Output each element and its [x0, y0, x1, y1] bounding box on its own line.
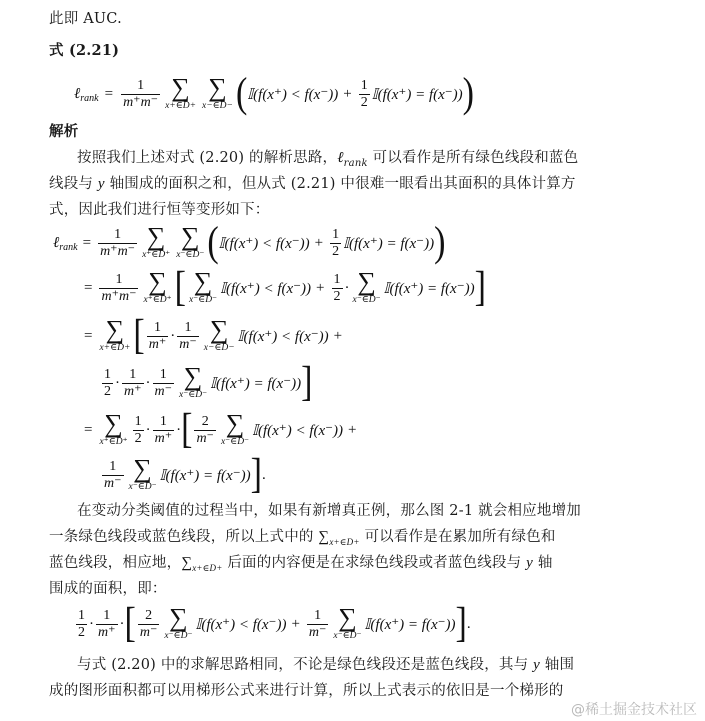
text-line-auc: 此即 AUC.	[49, 6, 122, 32]
dot-operator: ·	[89, 616, 94, 633]
numerator: 1	[330, 227, 341, 244]
text-span: 按照我们上述对式 (2.20) 的解析思路，	[77, 150, 337, 166]
denominator: m⁺	[153, 431, 175, 447]
sum-symbol: ∑	[318, 529, 329, 545]
fraction: 1m⁺m⁻	[98, 227, 137, 260]
sum-limit: x⁻∈D⁻	[179, 389, 207, 401]
sum-symbol: ∑	[181, 555, 192, 571]
sum-operator: ∑x⁺∈D⁺	[143, 270, 171, 306]
denominator: m⁺	[147, 337, 169, 353]
sum-limit: x⁻∈D⁻	[176, 249, 204, 261]
equation-heading-2-21: 式 (2.21)	[49, 38, 119, 64]
sum-limit: x−∈D−	[204, 342, 235, 354]
derivation-line-5: = ∑x⁺∈D⁺ 12 · 1m⁺ · [ 2m⁻ ∑x⁻∈D⁻ 𝕀(f(x⁺)…	[84, 407, 357, 453]
derivation-line-6: 1m⁻ ∑x⁻∈D⁻ 𝕀(f(x⁺) = f(x⁻)) ] .	[100, 452, 266, 498]
paragraph-1-line-2: 线段与 y 轴围成的面积之和，但从式 (2.21) 中很难一眼看出其面积的具体计…	[49, 171, 576, 197]
period: .	[467, 616, 471, 633]
numerator: 1	[99, 272, 138, 289]
text-span: 蓝色线段，相应地，	[49, 555, 181, 571]
var-y: y	[533, 657, 540, 673]
text-span: 可以看作是所有绿色线段和蓝色	[368, 150, 579, 166]
numerator: 2	[138, 608, 160, 625]
indicator-term-equal: 𝕀(f(x⁺) = f(x⁻))	[372, 85, 463, 104]
numerator: 1	[307, 608, 329, 625]
denominator: m⁻	[307, 625, 329, 641]
sum-limit: x⁻∈D⁻	[129, 481, 157, 493]
equation-area: 12 · 1m⁺ · [ 2m⁻ ∑x⁻∈D⁻ 𝕀(f(x⁺) < f(x⁻))…	[74, 600, 471, 648]
equals-sign: =	[84, 422, 92, 439]
sum-operator: ∑x⁻∈D⁻	[129, 457, 157, 493]
sum-operator: ∑x−∈D−	[204, 318, 235, 354]
fraction: 1m⁻	[153, 367, 175, 400]
denominator: m⁺m⁻	[98, 244, 137, 260]
denominator: 2	[76, 625, 87, 641]
text-span: 可以看作是在累加所有绿色和	[360, 529, 556, 545]
sum-limit: x⁻∈D⁻	[221, 436, 249, 448]
denominator: m⁻	[194, 431, 216, 447]
sum-limit: x+∈D+	[165, 100, 196, 112]
left-paren: (	[207, 222, 218, 265]
sum-operator: ∑x⁻∈D⁻	[164, 606, 192, 642]
sum-operator: ∑x⁺∈D⁺	[99, 412, 127, 448]
numerator: 1	[102, 367, 113, 384]
sum-operator: ∑x⁺∈D⁺	[142, 225, 170, 261]
numerator: 2	[194, 414, 216, 431]
sum-operator: ∑x+∈D+	[99, 318, 130, 354]
left-bracket: [	[125, 603, 136, 646]
sum-limit: x⁺∈D⁺	[99, 436, 127, 448]
paragraph-3-line-1: 与式 (2.20) 中的求解思路相同，不论是绿色线段还是蓝色线段，其与 y 轴围	[77, 652, 574, 678]
fraction-half: 12	[330, 227, 341, 260]
fraction-half: 12	[133, 414, 144, 447]
fraction: 1m⁻	[307, 608, 329, 641]
sum-limit: x⁻∈D⁻	[333, 630, 361, 642]
text-span: 轴围	[540, 657, 574, 673]
fraction: 2m⁻	[194, 414, 216, 447]
derivation-line-2: = 1m⁺m⁻ ∑x⁺∈D⁺ [ ∑x⁻∈D⁻ 𝕀(f(x⁺) < f(x⁻))…	[84, 265, 486, 311]
inline-sum: ∑x+∈D+	[181, 555, 222, 571]
numerator: 1	[102, 459, 124, 476]
text-span: 与式 (2.20) 中的求解思路相同，不论是绿色线段还是蓝色线段，其与	[77, 657, 533, 673]
text-span: 轴围成的面积之和，但从式 (2.21) 中很难一眼看出其面积的具体计算方	[105, 176, 576, 192]
numerator: 1	[96, 608, 118, 625]
fraction: 1m⁺	[153, 414, 175, 447]
numerator: 1	[153, 367, 175, 384]
left-bracket: [	[175, 267, 186, 310]
indicator-term-equal: 𝕀(f(x⁺) = f(x⁻))	[210, 374, 301, 393]
numerator: 1	[76, 608, 87, 625]
sum-operator: ∑x⁻∈D⁻	[176, 225, 204, 261]
denominator: 2	[133, 431, 144, 447]
var-y: y	[98, 176, 105, 192]
equals-sign: =	[84, 280, 92, 297]
plus-sign: +	[315, 235, 323, 252]
plus-sign: +	[316, 280, 324, 297]
denominator: 2	[359, 95, 370, 111]
numerator: 1	[153, 414, 175, 431]
ell-symbol: ℓ	[337, 150, 343, 166]
derivation-line-4: 12 · 1m⁺ · 1m⁻ ∑x⁻∈D⁻ 𝕀(f(x⁺) = f(x⁻)) ]	[100, 360, 312, 406]
paragraph-2-line-3: 蓝色线段，相应地，∑x+∈D+ 后面的内容便是在求绿色线段或者蓝色线段与 y 轴	[49, 550, 553, 577]
plus-sign: +	[334, 328, 342, 345]
sum-limit: x⁺∈D⁺	[142, 249, 170, 261]
equals-sign: =	[83, 235, 91, 252]
denominator: m⁻	[102, 476, 124, 492]
denominator: m⁺m⁻	[99, 289, 138, 305]
equals-sign: =	[84, 328, 92, 345]
indicator-term-equal: 𝕀(f(x⁺) = f(x⁻))	[384, 279, 475, 298]
right-paren: )	[463, 73, 474, 116]
numerator: 1	[121, 78, 160, 95]
derivation-line-1: ℓrank = 1m⁺m⁻ ∑x⁺∈D⁺ ∑x⁻∈D⁻ ( 𝕀(f(x⁺) < …	[53, 222, 445, 264]
fraction: 1m⁻	[102, 459, 124, 492]
inline-sum: ∑x+∈D+	[318, 529, 359, 545]
numerator: 1	[359, 78, 370, 95]
numerator: 1	[133, 414, 144, 431]
sum-operator: ∑x⁻∈D⁻	[221, 412, 249, 448]
numerator: 1	[177, 320, 199, 337]
fraction: 1m⁺	[147, 320, 169, 353]
fraction-half: 12	[76, 608, 87, 641]
fraction: 2m⁻	[138, 608, 160, 641]
paragraph-2-line-4: 围成的面积，即：	[49, 576, 167, 602]
sum-operator: ∑x⁻∈D⁻	[333, 606, 361, 642]
denominator: m⁺	[122, 384, 144, 400]
fraction-half: 12	[102, 367, 113, 400]
left-paren: (	[236, 73, 247, 116]
denominator: m⁺	[96, 625, 118, 641]
denominator: m⁻	[138, 625, 160, 641]
sum-limit: x⁻∈D⁻	[189, 294, 217, 306]
indicator-term-less: 𝕀(f(x⁺) < f(x⁻))	[252, 421, 343, 440]
subscript-rank: rank	[344, 158, 368, 169]
fraction-half: 12	[332, 272, 343, 305]
numerator: 1	[147, 320, 169, 337]
fraction: 1m⁺	[96, 608, 118, 641]
analysis-heading: 解析	[49, 119, 78, 145]
dot-operator: ·	[170, 328, 175, 345]
sum-operator: ∑x⁻∈D⁻	[353, 270, 381, 306]
numerator: 1	[122, 367, 144, 384]
indicator-term-less: 𝕀(f(x⁺) < f(x⁻))	[247, 85, 338, 104]
var-y: y	[526, 555, 533, 571]
right-paren: )	[434, 222, 445, 265]
text-span: 后面的内容便是在求绿色线段或者蓝色线段与	[223, 555, 527, 571]
paragraph-3-line-2: 成的图形面积都可以用梯形公式来进行计算，所以上式表示的依旧是一个梯形的	[49, 678, 564, 704]
denominator: 2	[332, 289, 343, 305]
paragraph-1-line-3: 式，因此我们进行恒等变形如下：	[49, 197, 270, 223]
paragraph-2-line-2: 一条绿色线段或蓝色线段，所以上式中的 ∑x+∈D+ 可以看作是在累加所有绿色和	[49, 524, 556, 551]
indicator-term-less: 𝕀(f(x⁺) < f(x⁻))	[238, 327, 329, 346]
sum-limit: x+∈D+	[99, 342, 130, 354]
indicator-term-less: 𝕀(f(x⁺) < f(x⁻))	[220, 279, 311, 298]
indicator-term-less: 𝕀(f(x⁺) < f(x⁻))	[195, 615, 286, 634]
right-bracket: ]	[301, 362, 312, 405]
dot-operator: ·	[146, 422, 151, 439]
sum-limit: x+∈D+	[329, 537, 359, 547]
plus-sign: +	[291, 616, 299, 633]
sum-limit: x⁻∈D⁻	[353, 294, 381, 306]
sum-operator: ∑x⁻∈D⁻	[189, 270, 217, 306]
dot-operator: ·	[146, 375, 151, 392]
paragraph-1-line-1: 按照我们上述对式 (2.20) 的解析思路，ℓrank 可以看作是所有绿色线段和…	[77, 145, 578, 173]
right-bracket: ]	[251, 454, 262, 497]
fraction: 1m⁺m⁻	[121, 78, 160, 111]
sum-operator: ∑x−∈D−	[202, 76, 233, 112]
indicator-term-equal: 𝕀(f(x⁺) = f(x⁻))	[365, 615, 456, 634]
indicator-term-equal: 𝕀(f(x⁺) = f(x⁻))	[160, 466, 251, 485]
equation-2-21: ℓrank = 1m⁺m⁻ ∑x+∈D+ ∑x−∈D− ( 𝕀(f(x⁺) < …	[74, 72, 474, 116]
numerator: 1	[98, 227, 137, 244]
sum-operator: ∑x⁻∈D⁻	[179, 365, 207, 401]
plus-sign: +	[348, 422, 356, 439]
sum-operator: ∑x+∈D+	[165, 76, 196, 112]
fraction: 1m⁺m⁻	[99, 272, 138, 305]
sum-limit: x−∈D−	[202, 100, 233, 112]
text-span: 线段与	[49, 176, 98, 192]
fraction: 1m⁻	[177, 320, 199, 353]
equals-sign: =	[105, 86, 113, 103]
watermark: @稀土掘金技术社区	[571, 699, 697, 719]
dot-operator: ·	[115, 375, 120, 392]
paragraph-2-line-1: 在变动分类阈值的过程当中，如果有新增真正例，那么图 2-1 就会相应地增加	[77, 498, 581, 524]
dot-operator: ·	[345, 280, 350, 297]
left-bracket: [	[181, 409, 192, 452]
sum-limit: x⁻∈D⁻	[164, 630, 192, 642]
denominator: m⁺m⁻	[121, 95, 160, 111]
right-bracket: ]	[475, 267, 486, 310]
text-span: 一条绿色线段或蓝色线段，所以上式中的	[49, 529, 318, 545]
period: .	[262, 467, 266, 484]
left-bracket: [	[133, 315, 144, 358]
denominator: m⁻	[177, 337, 199, 353]
sum-limit: x+∈D+	[192, 563, 222, 573]
subscript-rank: rank	[80, 93, 98, 104]
text-span: 轴	[533, 555, 553, 571]
denominator: 2	[102, 384, 113, 400]
sum-limit: x⁺∈D⁺	[143, 294, 171, 306]
indicator-term-less: 𝕀(f(x⁺) < f(x⁻))	[219, 234, 310, 253]
denominator: 2	[330, 244, 341, 260]
plus-sign: +	[343, 86, 351, 103]
numerator: 1	[332, 272, 343, 289]
right-bracket: ]	[456, 603, 467, 646]
indicator-term-equal: 𝕀(f(x⁺) = f(x⁻))	[343, 234, 434, 253]
subscript-rank: rank	[59, 242, 77, 253]
denominator: m⁻	[153, 384, 175, 400]
derivation-line-3: = ∑x+∈D+ [ 1m⁺ · 1m⁻ ∑x−∈D− 𝕀(f(x⁺) < f(…	[84, 313, 342, 359]
fraction-half: 12	[359, 78, 370, 111]
fraction: 1m⁺	[122, 367, 144, 400]
